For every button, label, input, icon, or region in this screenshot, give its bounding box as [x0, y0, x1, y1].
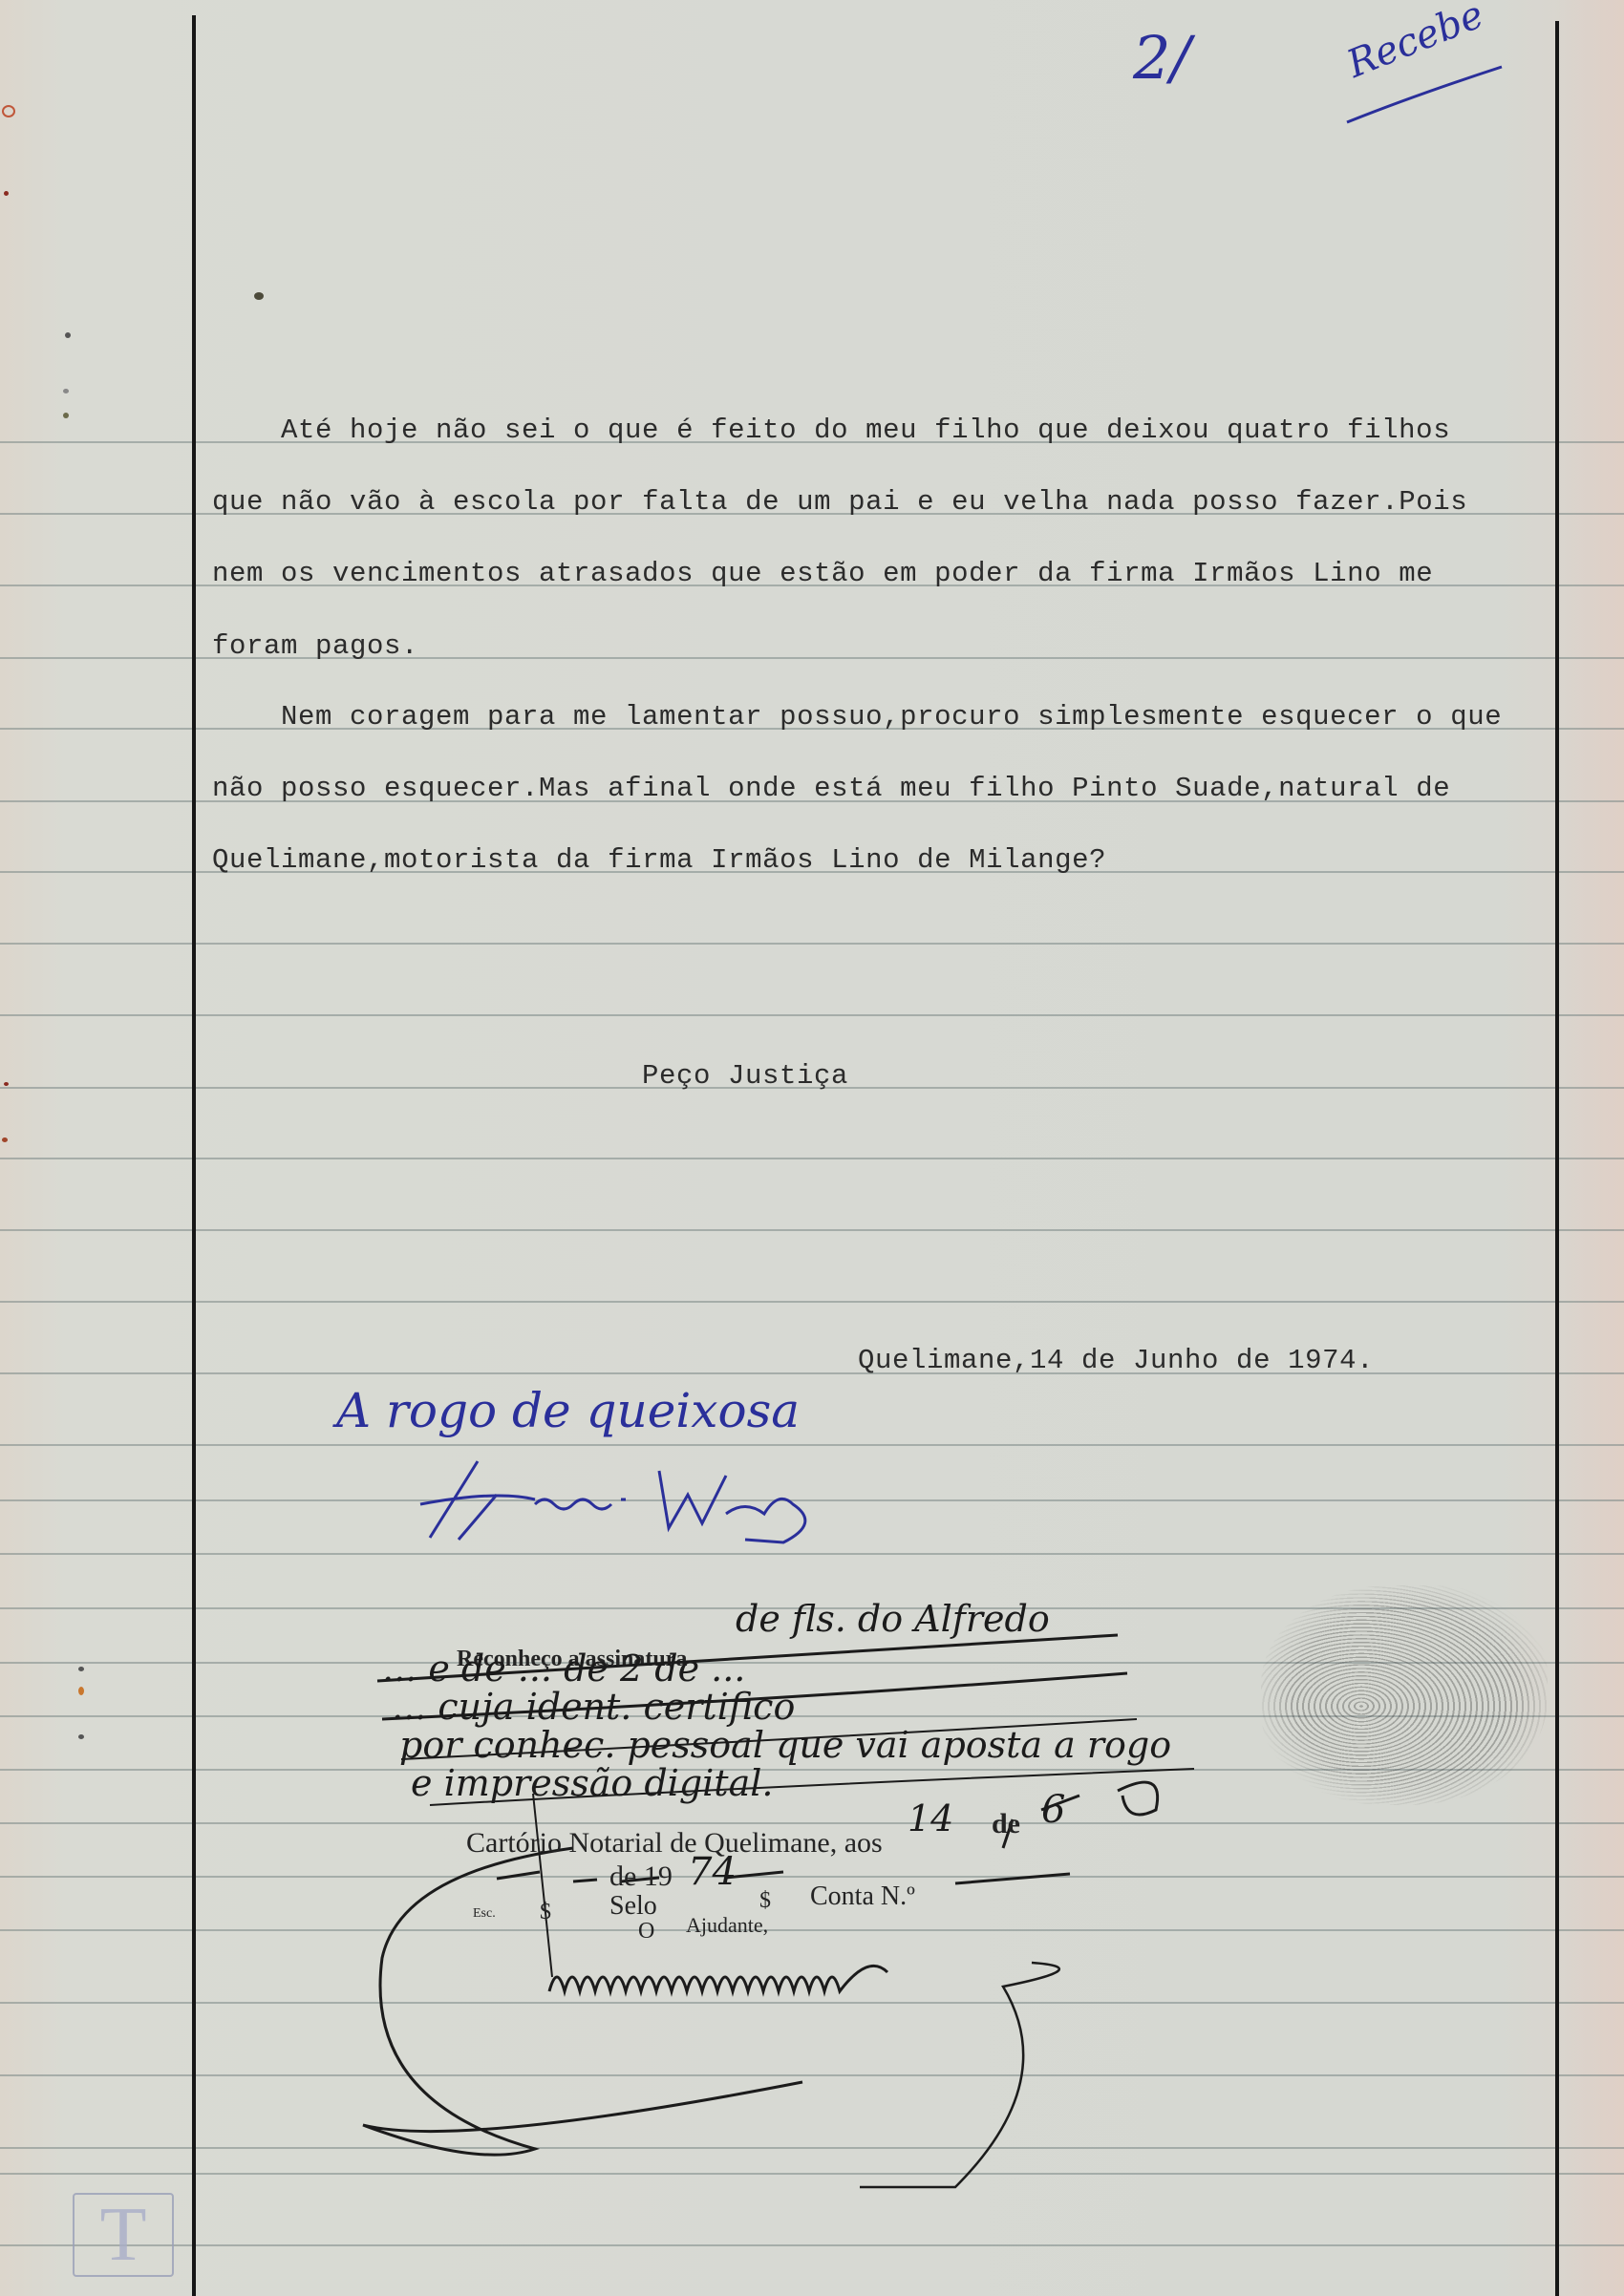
- stamp-ajudante-label: Ajudante,: [686, 1915, 768, 1936]
- stamp-esc-label: Esc.: [473, 1907, 496, 1921]
- corner-stamp-letter: T: [100, 2197, 147, 2273]
- stamp-selo-label: Selo: [609, 1893, 657, 1920]
- stamp-year-handwritten: 74: [688, 1853, 737, 1891]
- stamp-dollar-1: $: [540, 1901, 551, 1924]
- stamp-cartorio-label: Cartório Notarial de Quelimane, aos: [466, 1829, 883, 1858]
- stamp-year-prefix: de 19: [609, 1862, 673, 1891]
- stamp-month-handwritten: 6: [1041, 1791, 1065, 1829]
- stamp-day-handwritten: 14: [908, 1800, 953, 1837]
- stamp-conta-label: Conta N.º: [810, 1883, 915, 1910]
- notary-strokes: [0, 0, 1624, 2296]
- stamp-dollar-2: $: [759, 1889, 771, 1912]
- stamp-ajudante-prefix: O: [638, 1920, 654, 1943]
- corner-stamp: T: [73, 2193, 174, 2277]
- stamp-de-label: de: [992, 1810, 1020, 1839]
